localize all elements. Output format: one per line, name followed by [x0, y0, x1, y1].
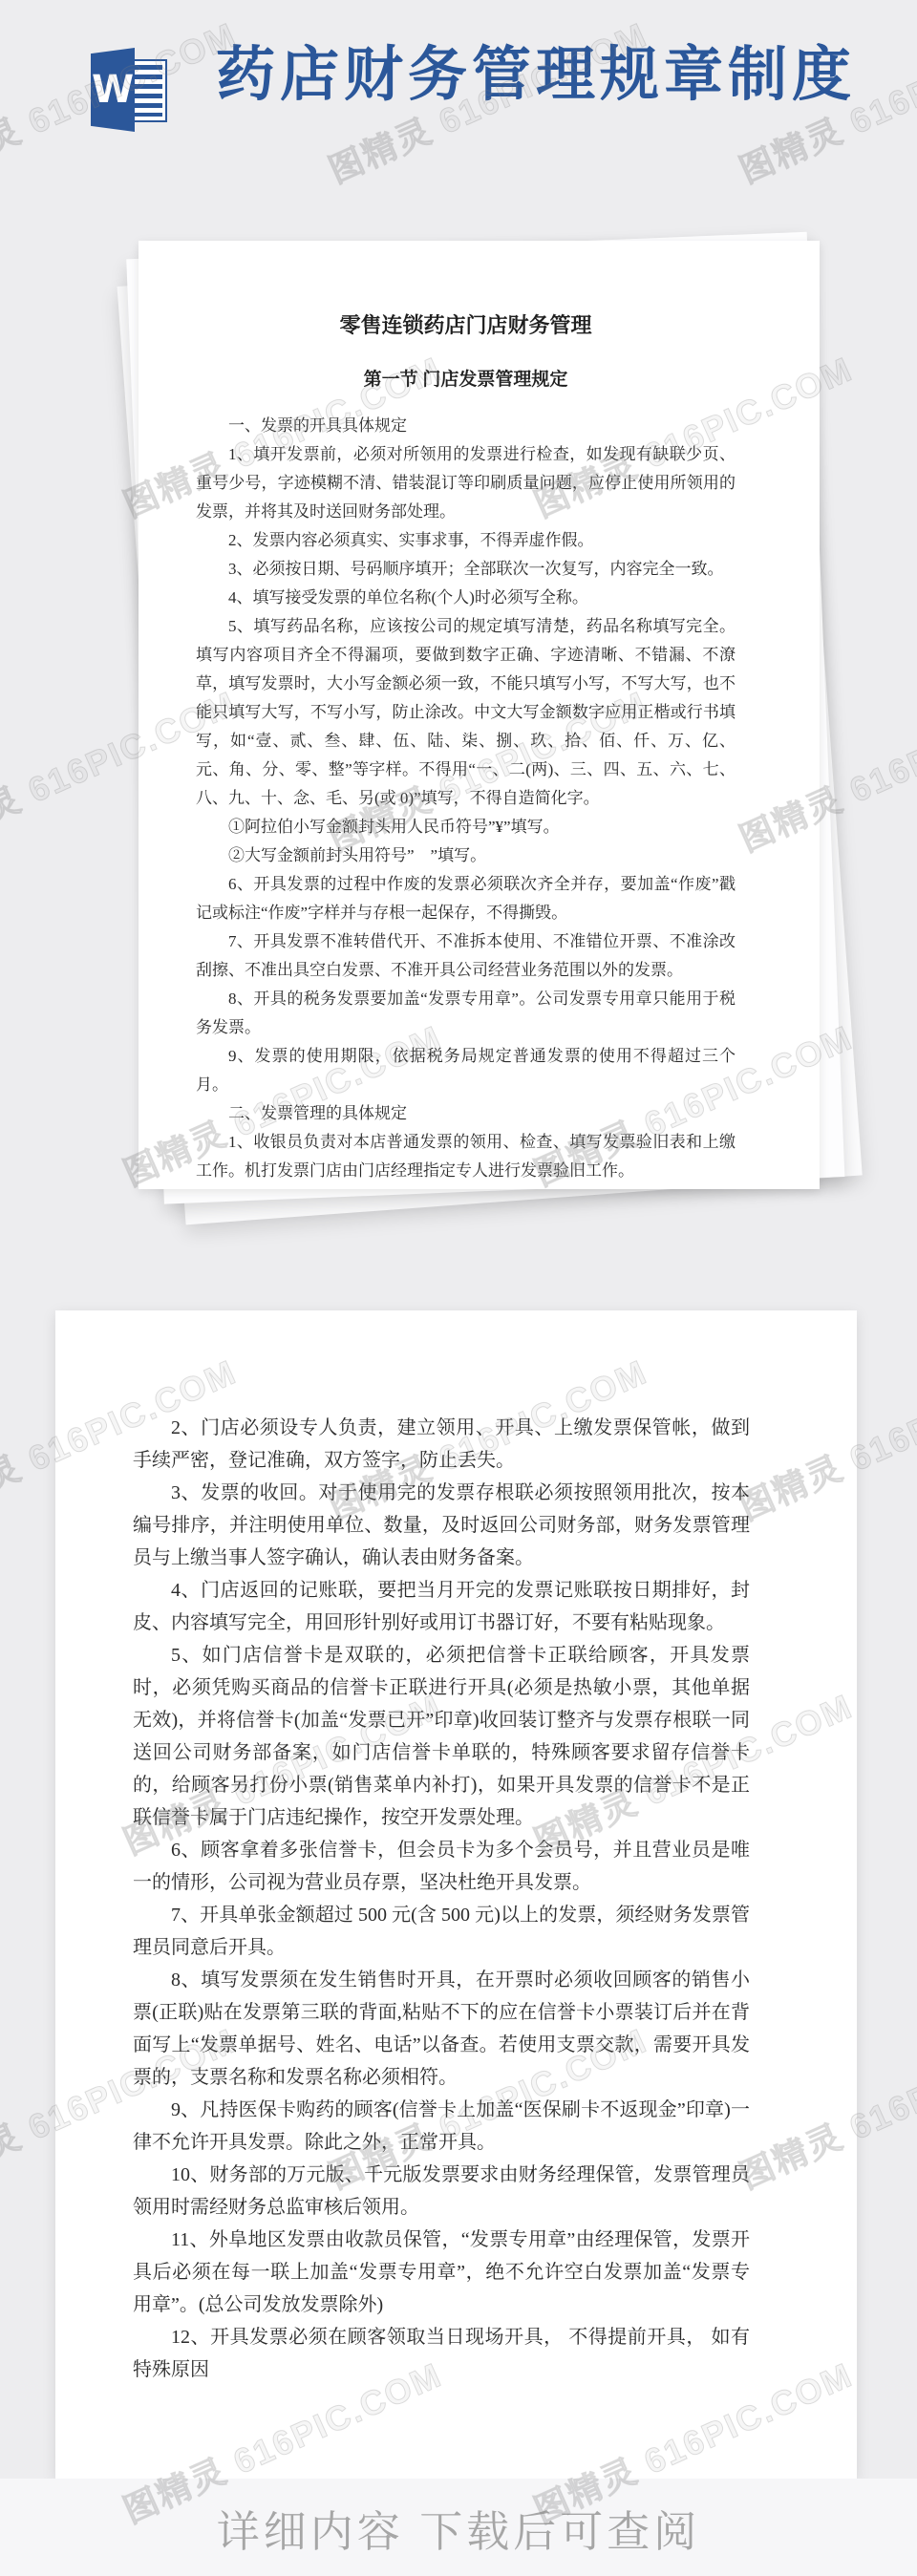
doc-paragraph: 8、开具的税务发票要加盖“发票专用章”。公司发票专用章只能用于税务发票。 [196, 985, 736, 1042]
doc-paragraph: 5、填写药品名称，应该按公司的规定填写清楚，药品名称填写完全。填写内容项目齐全不… [196, 612, 736, 813]
document-page-1: 零售连锁药店门店财务管理 第一节 门店发票管理规定 一、发票的开具具体规定1、填… [139, 241, 820, 1189]
doc-title: 零售连锁药店门店财务管理 [196, 309, 736, 339]
preview-page-root: W 药店财务管理规章制度 零售连锁药店门店财务管理 第一节 门店发票管理规定 一… [0, 0, 917, 2576]
doc-paragraph: 1、收银员负责对本店普通发票的领用、检查、填写发票验旧表和上缴工作。机打发票门店… [196, 1128, 736, 1185]
word-logo-letter: W [92, 71, 134, 109]
doc-paragraph: 7、开具单张金额超过 500 元(含 500 元)以上的发票，须经财务发票管理员… [133, 1899, 750, 1964]
doc-paragraph: 3、必须按日期、号码顺序填开；全部联次一次复写，内容完全一致。 [196, 555, 736, 584]
doc-paragraph: ②大写金额前封头用符号” ”填写。 [196, 841, 736, 870]
doc-paragraph: 11、外阜地区发票由收款员保管，“发票专用章”由经理保管，发票开具后必须在每一联… [133, 2224, 750, 2321]
doc-paragraph: 12、开具发票必须在顾客领取当日现场开具， 不得提前开具， 如有特殊原因 [133, 2321, 750, 2386]
doc-paragraph: 4、填写接受发票的单位名称(个人)时必须写全称。 [196, 584, 736, 612]
footer-bar: 详细内容 下载后可查阅 [0, 2479, 917, 2576]
document-page-2: 2、门店必须设专人负责，建立领用、开具、上缴发票保管帐，做到手续严密，登记准确，… [55, 1310, 857, 2479]
doc-paragraph: 4、门店返回的记账联，要把当月开完的发票记账联按日期排好，封皮、内容填写完全，用… [133, 1574, 750, 1639]
page-title: 药店财务管理规章制度 [216, 27, 913, 112]
page1-body: 一、发票的开具具体规定1、填开发票前，必须对所领用的发票进行检查，如发现有缺联少… [196, 412, 736, 1185]
word-logo-icon: W [91, 48, 169, 132]
doc-paragraph: 5、如门店信誉卡是双联的，必须把信誉卡正联给顾客，开具发票时，必须凭购买商品的信… [133, 1639, 750, 1834]
doc-paragraph: 一、发票的开具具体规定 [196, 412, 736, 440]
footer-note: 详细内容 下载后可查阅 [217, 2497, 701, 2559]
doc-paragraph: 6、开具发票的过程中作废的发票必须联次齐全并存，要加盖“作废”戳记或标注“作废”… [196, 870, 736, 927]
doc-paragraph: 7、开具发票不准转借代开、不准拆本使用、不准错位开票、不准涂改刮擦、不准出具空白… [196, 927, 736, 985]
header: W 药店财务管理规章制度 [0, 0, 917, 201]
page2-body: 2、门店必须设专人负责，建立领用、开具、上缴发票保管帐，做到手续严密，登记准确，… [133, 1412, 750, 2386]
doc-paragraph: 1、填开发票前，必须对所领用的发票进行检查，如发现有缺联少页、重号少号，字迹模糊… [196, 440, 736, 526]
word-logo-text-lines [130, 65, 162, 117]
doc-paragraph: 二、发票管理的具体规定 [196, 1099, 736, 1128]
doc-paragraph: 10、财务部的万元版、千元版发票要求由财务经理保管，发票管理员领用时需经财务总监… [133, 2159, 750, 2224]
doc-paragraph: 2、发票内容必须真实、实事求事，不得弄虚作假。 [196, 526, 736, 555]
doc-subtitle: 第一节 门店发票管理规定 [196, 365, 736, 391]
doc-paragraph: 9、凡持医保卡购药的顾客(信誉卡上加盖“医保刷卡不返现金”印章)一律不允许开具发… [133, 2094, 750, 2159]
doc-paragraph: 3、发票的收回。对于使用完的发票存根联必须按照领用批次，按本编号排序，并注明使用… [133, 1477, 750, 1574]
doc-paragraph: 6、顾客拿着多张信誉卡，但会员卡为多个会员号，并且营业员是唯一的情形，公司视为营… [133, 1834, 750, 1899]
document-page1-stack: 零售连锁药店门店财务管理 第一节 门店发票管理规定 一、发票的开具具体规定1、填… [139, 241, 820, 1189]
doc-paragraph: ①阿拉伯小写金额封头用人民币符号”¥”填写。 [196, 813, 736, 841]
doc-paragraph: 2、门店必须设专人负责，建立领用、开具、上缴发票保管帐，做到手续严密，登记准确，… [133, 1412, 750, 1477]
doc-paragraph: 8、填写发票须在发生销售时开具，在开票时必须收回顾客的销售小票(正联)贴在发票第… [133, 1964, 750, 2094]
doc-paragraph: 9、发票的使用期限，依据税务局规定普通发票的使用不得超过三个月。 [196, 1042, 736, 1099]
word-logo-w-panel: W [91, 48, 135, 132]
